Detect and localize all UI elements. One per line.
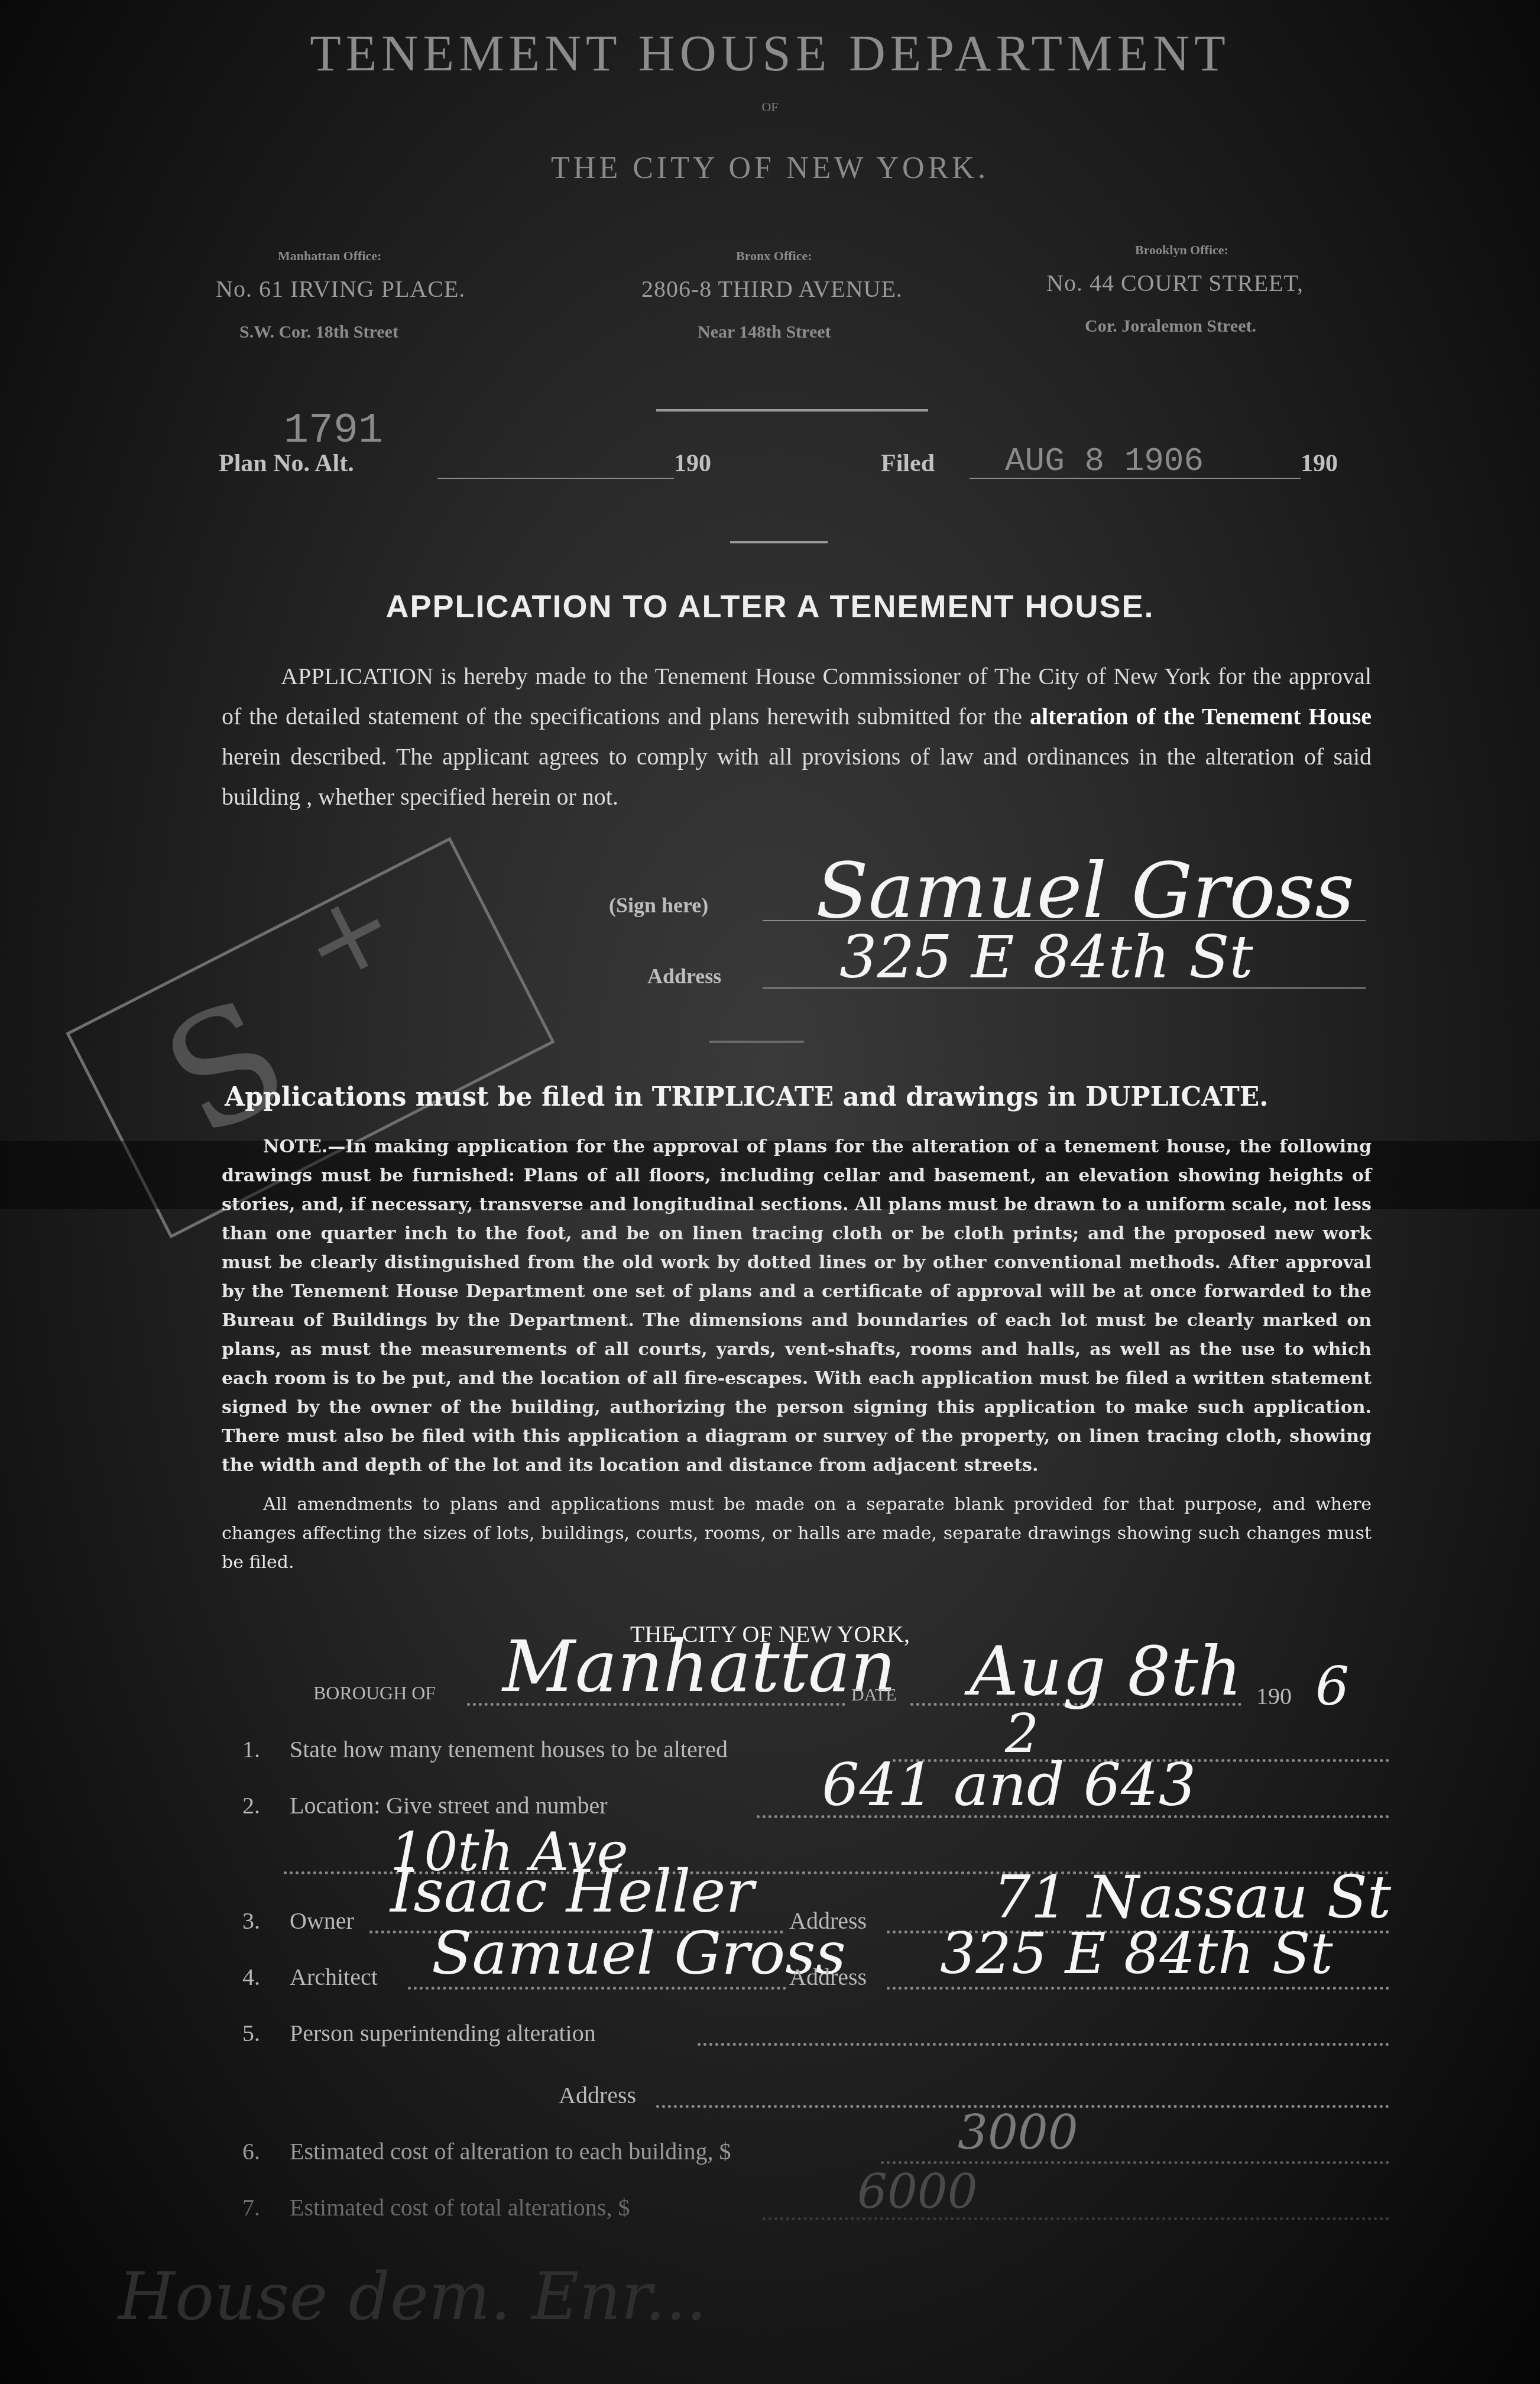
cost-each-value: 3000 — [958, 2105, 1078, 2160]
signature-line — [763, 920, 1366, 921]
architect-value: Samuel Gross — [432, 1919, 846, 1988]
application-bold: alteration of the Tenement House — [1030, 703, 1372, 730]
item-3-label: Owner — [290, 1907, 354, 1935]
item-2-value: 641 and 643 — [822, 1750, 1196, 1819]
brooklyn-office-sub: Cor. Joralemon Street. — [1085, 316, 1256, 336]
manhattan-office-sub: S.W. Cor. 18th Street — [239, 322, 398, 342]
application-title: APPLICATION TO ALTER A TENEMENT HOUSE. — [0, 588, 1540, 625]
filed-stamp: AUG 8 1906 — [1005, 442, 1204, 480]
item-5-label: Person superintending alteration — [290, 2019, 596, 2047]
item-6-number: 6. — [242, 2137, 260, 2165]
header-of: OF — [0, 99, 1540, 115]
date-value: Aug 8th — [970, 1632, 1242, 1711]
application-lead: APPLICATION — [281, 663, 433, 689]
architect-address-label: Address — [789, 1963, 867, 1991]
item-2-label: Location: Give street and number — [290, 1792, 608, 1819]
bronx-office-sub: Near 148th Street — [698, 322, 831, 342]
filed-label: Filed — [881, 449, 935, 478]
applicant-address: 325 E 84th St — [839, 922, 1253, 992]
plan-line — [437, 478, 674, 479]
item-6-label: Estimated cost of alteration to each bui… — [290, 2137, 731, 2165]
address-label: Address — [647, 964, 721, 989]
divider — [656, 409, 928, 412]
borough-value: Manhattan — [502, 1626, 896, 1708]
item-7-number: 7. — [242, 2194, 260, 2221]
divider — [730, 541, 828, 543]
item-2-number: 2. — [242, 1792, 260, 1819]
city-title: THE CITY OF NEW YORK. — [0, 151, 1540, 186]
sign-here-label: (Sign here) — [609, 893, 708, 918]
brooklyn-office-label: Brooklyn Office: — [1135, 242, 1228, 258]
manhattan-office-label: Manhattan Office: — [278, 248, 381, 264]
year-suffix: 6 — [1315, 1656, 1349, 1718]
triplicate-notice: Applications must be filed in TRIPLICATE… — [225, 1082, 1269, 1112]
borough-label: BOROUGH OF — [313, 1682, 436, 1704]
document-page: TENEMENT HOUSE DEPARTMENT OF THE CITY OF… — [0, 0, 1540, 2384]
architect-address-value: 325 E 84th St — [940, 1922, 1333, 1987]
manhattan-office-address: No. 61 IRVING PLACE. — [216, 275, 465, 303]
filed-line — [970, 478, 1301, 479]
department-title: TENEMENT HOUSE DEPARTMENT — [0, 24, 1540, 83]
item-7-label: Estimated cost of total alterations, $ — [290, 2194, 630, 2221]
plan-label: Plan No. Alt. — [219, 449, 354, 478]
divider — [709, 1041, 804, 1043]
owner-value: Isaac Heller — [390, 1857, 754, 1926]
address-line — [763, 987, 1366, 989]
item-3-number: 3. — [242, 1907, 260, 1935]
brooklyn-office-address: No. 44 COURT STREET, — [1046, 269, 1304, 297]
item-4-number: 4. — [242, 1963, 260, 1991]
item-4-label: Architect — [290, 1963, 378, 1991]
filed-year-prefix: 190 — [1301, 449, 1338, 478]
year-prefix: 190 — [1256, 1682, 1292, 1710]
cost-total-value: 6000 — [857, 2164, 978, 2219]
footer-handwriting: House dem. Enr... — [118, 2259, 707, 2334]
amendments-paragraph: All amendments to plans and applications… — [222, 1490, 1372, 1577]
superintendent-address-label: Address — [559, 2081, 636, 2109]
superintendent-field[interactable] — [698, 2043, 1389, 2046]
application-paragraph: APPLICATION is hereby made to the Teneme… — [222, 656, 1372, 817]
cost-total-field[interactable] — [763, 2217, 1389, 2220]
note-paragraph: NOTE.—In making application for the appr… — [222, 1132, 1372, 1480]
plan-number: 1791 — [284, 408, 383, 455]
item-5-number: 5. — [242, 2019, 260, 2047]
plan-year-prefix: 190 — [674, 449, 711, 478]
bronx-office-label: Bronx Office: — [736, 248, 812, 264]
architect-address-field[interactable] — [887, 1987, 1389, 1990]
item-1-label: State how many tenement houses to be alt… — [290, 1735, 728, 1763]
bronx-office-address: 2806-8 THIRD AVENUE. — [641, 275, 903, 303]
date-label: DATE — [851, 1685, 897, 1705]
item-1-number: 1. — [242, 1735, 260, 1763]
